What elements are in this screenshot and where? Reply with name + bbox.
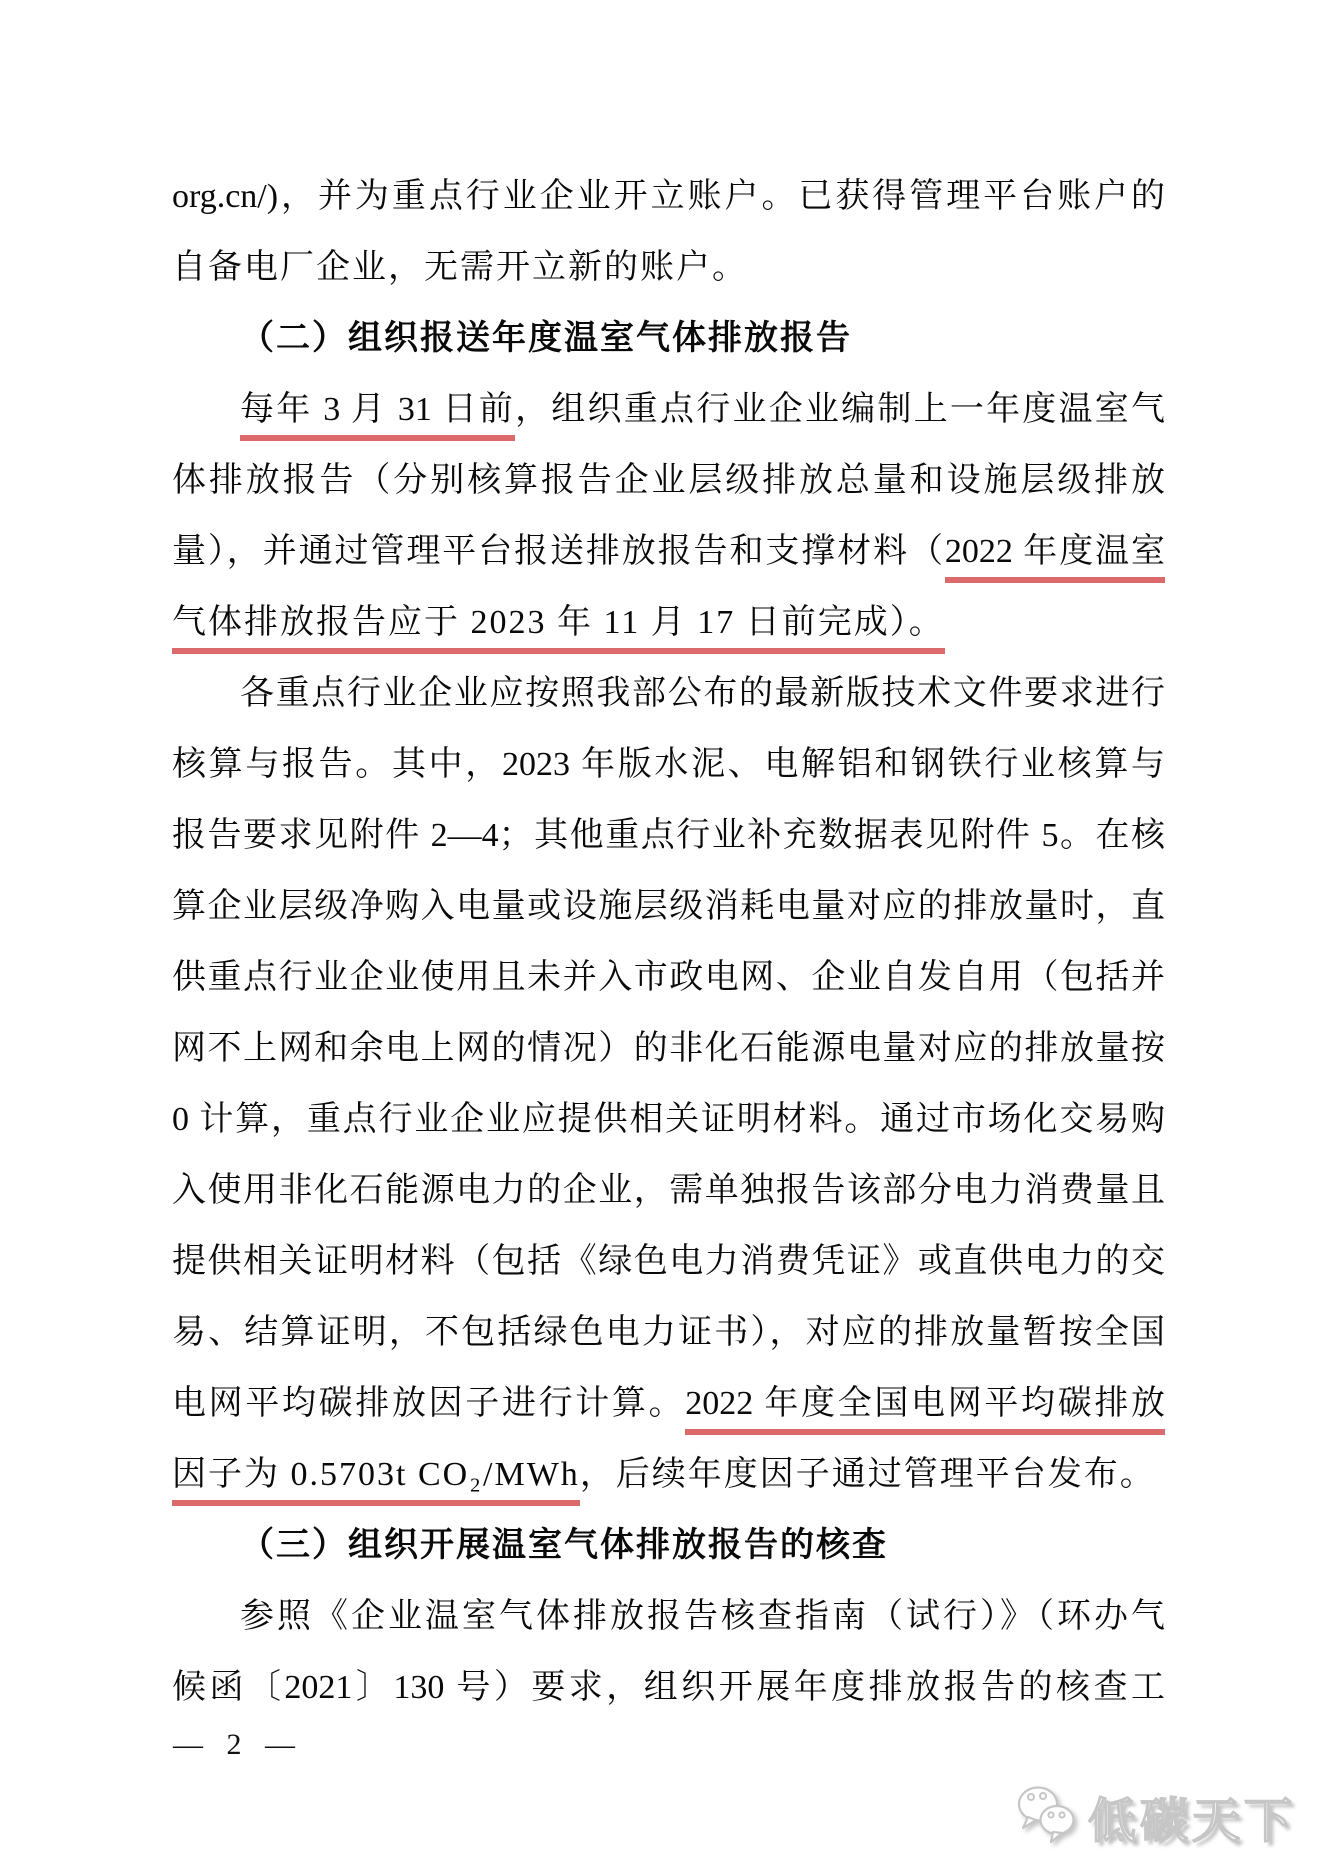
page-number: — 2 — <box>173 1715 303 1775</box>
text-line: 候函〔2021〕130 号）要求，组织开展年度排放报告的核查工 <box>172 1652 1165 1723</box>
red-underlined-text: 因子为 0.5703t CO₂/MWh <box>172 1456 580 1506</box>
text-segment: 各重点行业企业应按照我部公布的最新版技术文件要求进行 <box>240 675 1165 712</box>
text-line: 报告要求见附件 2—4；其他重点行业补充数据表见附件 5。在核 <box>172 800 1165 871</box>
text-segment: 供重点行业企业使用且未并入市政电网、企业自发自用（包括并 <box>172 959 1165 996</box>
document-page: org.cn/)，并为重点行业企业开立账户。已获得管理平台账户的自备电厂企业，无… <box>0 0 1324 1872</box>
text-line: 易、结算证明，不包括绿色电力证书），对应的排放量暂按全国 <box>172 1297 1165 1368</box>
text-line: 电网平均碳排放因子进行计算。2022 年度全国电网平均碳排放 <box>172 1368 1165 1439</box>
text-segment: 量），并通过管理平台报送排放报告和支撑材料（ <box>172 533 945 570</box>
text-segment: （三）组织开展温室气体排放报告的核查 <box>240 1527 888 1564</box>
text-line: 自备电厂企业，无需开立新的账户。 <box>172 232 1165 303</box>
text-line: 提供相关证明材料（包括《绿色电力消费凭证》或直供电力的交 <box>172 1226 1165 1297</box>
text-segment: 参照《企业温室气体排放报告核查指南（试行）》（环办气 <box>240 1598 1165 1635</box>
text-segment: 体排放报告（分别核算报告企业层级排放总量和设施层级排放 <box>172 462 1165 499</box>
text-line: 供重点行业企业使用且未并入市政电网、企业自发自用（包括并 <box>172 942 1165 1013</box>
text-segment: 入使用非化石能源电力的企业，需单独报告该部分电力消费量且 <box>172 1172 1165 1209</box>
text-segment: ，后续年度因子通过管理平台发布。 <box>580 1456 1156 1493</box>
text-segment: 报告要求见附件 2—4；其他重点行业补充数据表见附件 5。在核 <box>172 817 1165 854</box>
text-line: 因子为 0.5703t CO₂/MWh，后续年度因子通过管理平台发布。 <box>172 1439 1165 1510</box>
text-line: 每年 3 月 31 日前，组织重点行业企业编制上一年度温室气 <box>172 374 1165 445</box>
text-segment: （二）组织报送年度温室气体排放报告 <box>240 320 852 357</box>
text-line: 量），并通过管理平台报送排放报告和支撑材料（2022 年度温室 <box>172 516 1165 587</box>
text-line: 网不上网和余电上网的情况）的非化石能源电量对应的排放量按 <box>172 1013 1165 1084</box>
section-heading: （三）组织开展温室气体排放报告的核查 <box>172 1510 1165 1581</box>
text-segment: 自备电厂企业，无需开立新的账户。 <box>172 249 748 286</box>
text-line: 体排放报告（分别核算报告企业层级排放总量和设施层级排放 <box>172 445 1165 516</box>
red-underlined-text: 每年 3 月 31 日前 <box>240 391 515 441</box>
red-underlined-text: 2022 年度温室 <box>945 533 1165 583</box>
text-segment: 电网平均碳排放因子进行计算。 <box>172 1385 685 1422</box>
text-segment: 网不上网和余电上网的情况）的非化石能源电量对应的排放量按 <box>172 1030 1165 1067</box>
watermark: 低碳天下 <box>1012 1782 1296 1851</box>
text-line: 算企业层级净购入电量或设施层级消耗电量对应的排放量时，直 <box>172 871 1165 942</box>
text-segment: 算企业层级净购入电量或设施层级消耗电量对应的排放量时，直 <box>172 888 1165 925</box>
text-segment: 提供相关证明材料（包括《绿色电力消费凭证》或直供电力的交 <box>172 1243 1165 1280</box>
text-line: 参照《企业温室气体排放报告核查指南（试行）》（环办气 <box>172 1581 1165 1652</box>
text-segment: 候函〔2021〕130 号）要求，组织开展年度排放报告的核查工 <box>172 1669 1165 1706</box>
text-segment: 0 计算，重点行业企业应提供相关证明材料。通过市场化交易购 <box>172 1101 1165 1138</box>
text-line: 各重点行业企业应按照我部公布的最新版技术文件要求进行 <box>172 658 1165 729</box>
wechat-icon <box>1012 1783 1080 1850</box>
text-line: 入使用非化石能源电力的企业，需单独报告该部分电力消费量且 <box>172 1155 1165 1226</box>
text-line: org.cn/)，并为重点行业企业开立账户。已获得管理平台账户的 <box>172 161 1165 232</box>
text-segment: 易、结算证明，不包括绿色电力证书），对应的排放量暂按全国 <box>172 1314 1165 1351</box>
text-segment: 核算与报告。其中，2023 年版水泥、电解铝和钢铁行业核算与 <box>172 746 1165 783</box>
watermark-label: 低碳天下 <box>1088 1782 1296 1851</box>
red-underlined-text: 气体排放报告应于 2023 年 11 月 17 日前完成）。 <box>172 604 945 654</box>
text-line: 0 计算，重点行业企业应提供相关证明材料。通过市场化交易购 <box>172 1084 1165 1155</box>
document-body: org.cn/)，并为重点行业企业开立账户。已获得管理平台账户的自备电厂企业，无… <box>172 161 1165 1723</box>
text-line: 核算与报告。其中，2023 年版水泥、电解铝和钢铁行业核算与 <box>172 729 1165 800</box>
text-line: 气体排放报告应于 2023 年 11 月 17 日前完成）。 <box>172 587 1165 658</box>
text-segment: ，组织重点行业企业编制上一年度温室气 <box>515 391 1165 428</box>
red-underlined-text: 2022 年度全国电网平均碳排放 <box>685 1385 1165 1435</box>
section-heading: （二）组织报送年度温室气体排放报告 <box>172 303 1165 374</box>
text-segment: org.cn/)，并为重点行业企业开立账户。已获得管理平台账户的 <box>172 178 1165 215</box>
